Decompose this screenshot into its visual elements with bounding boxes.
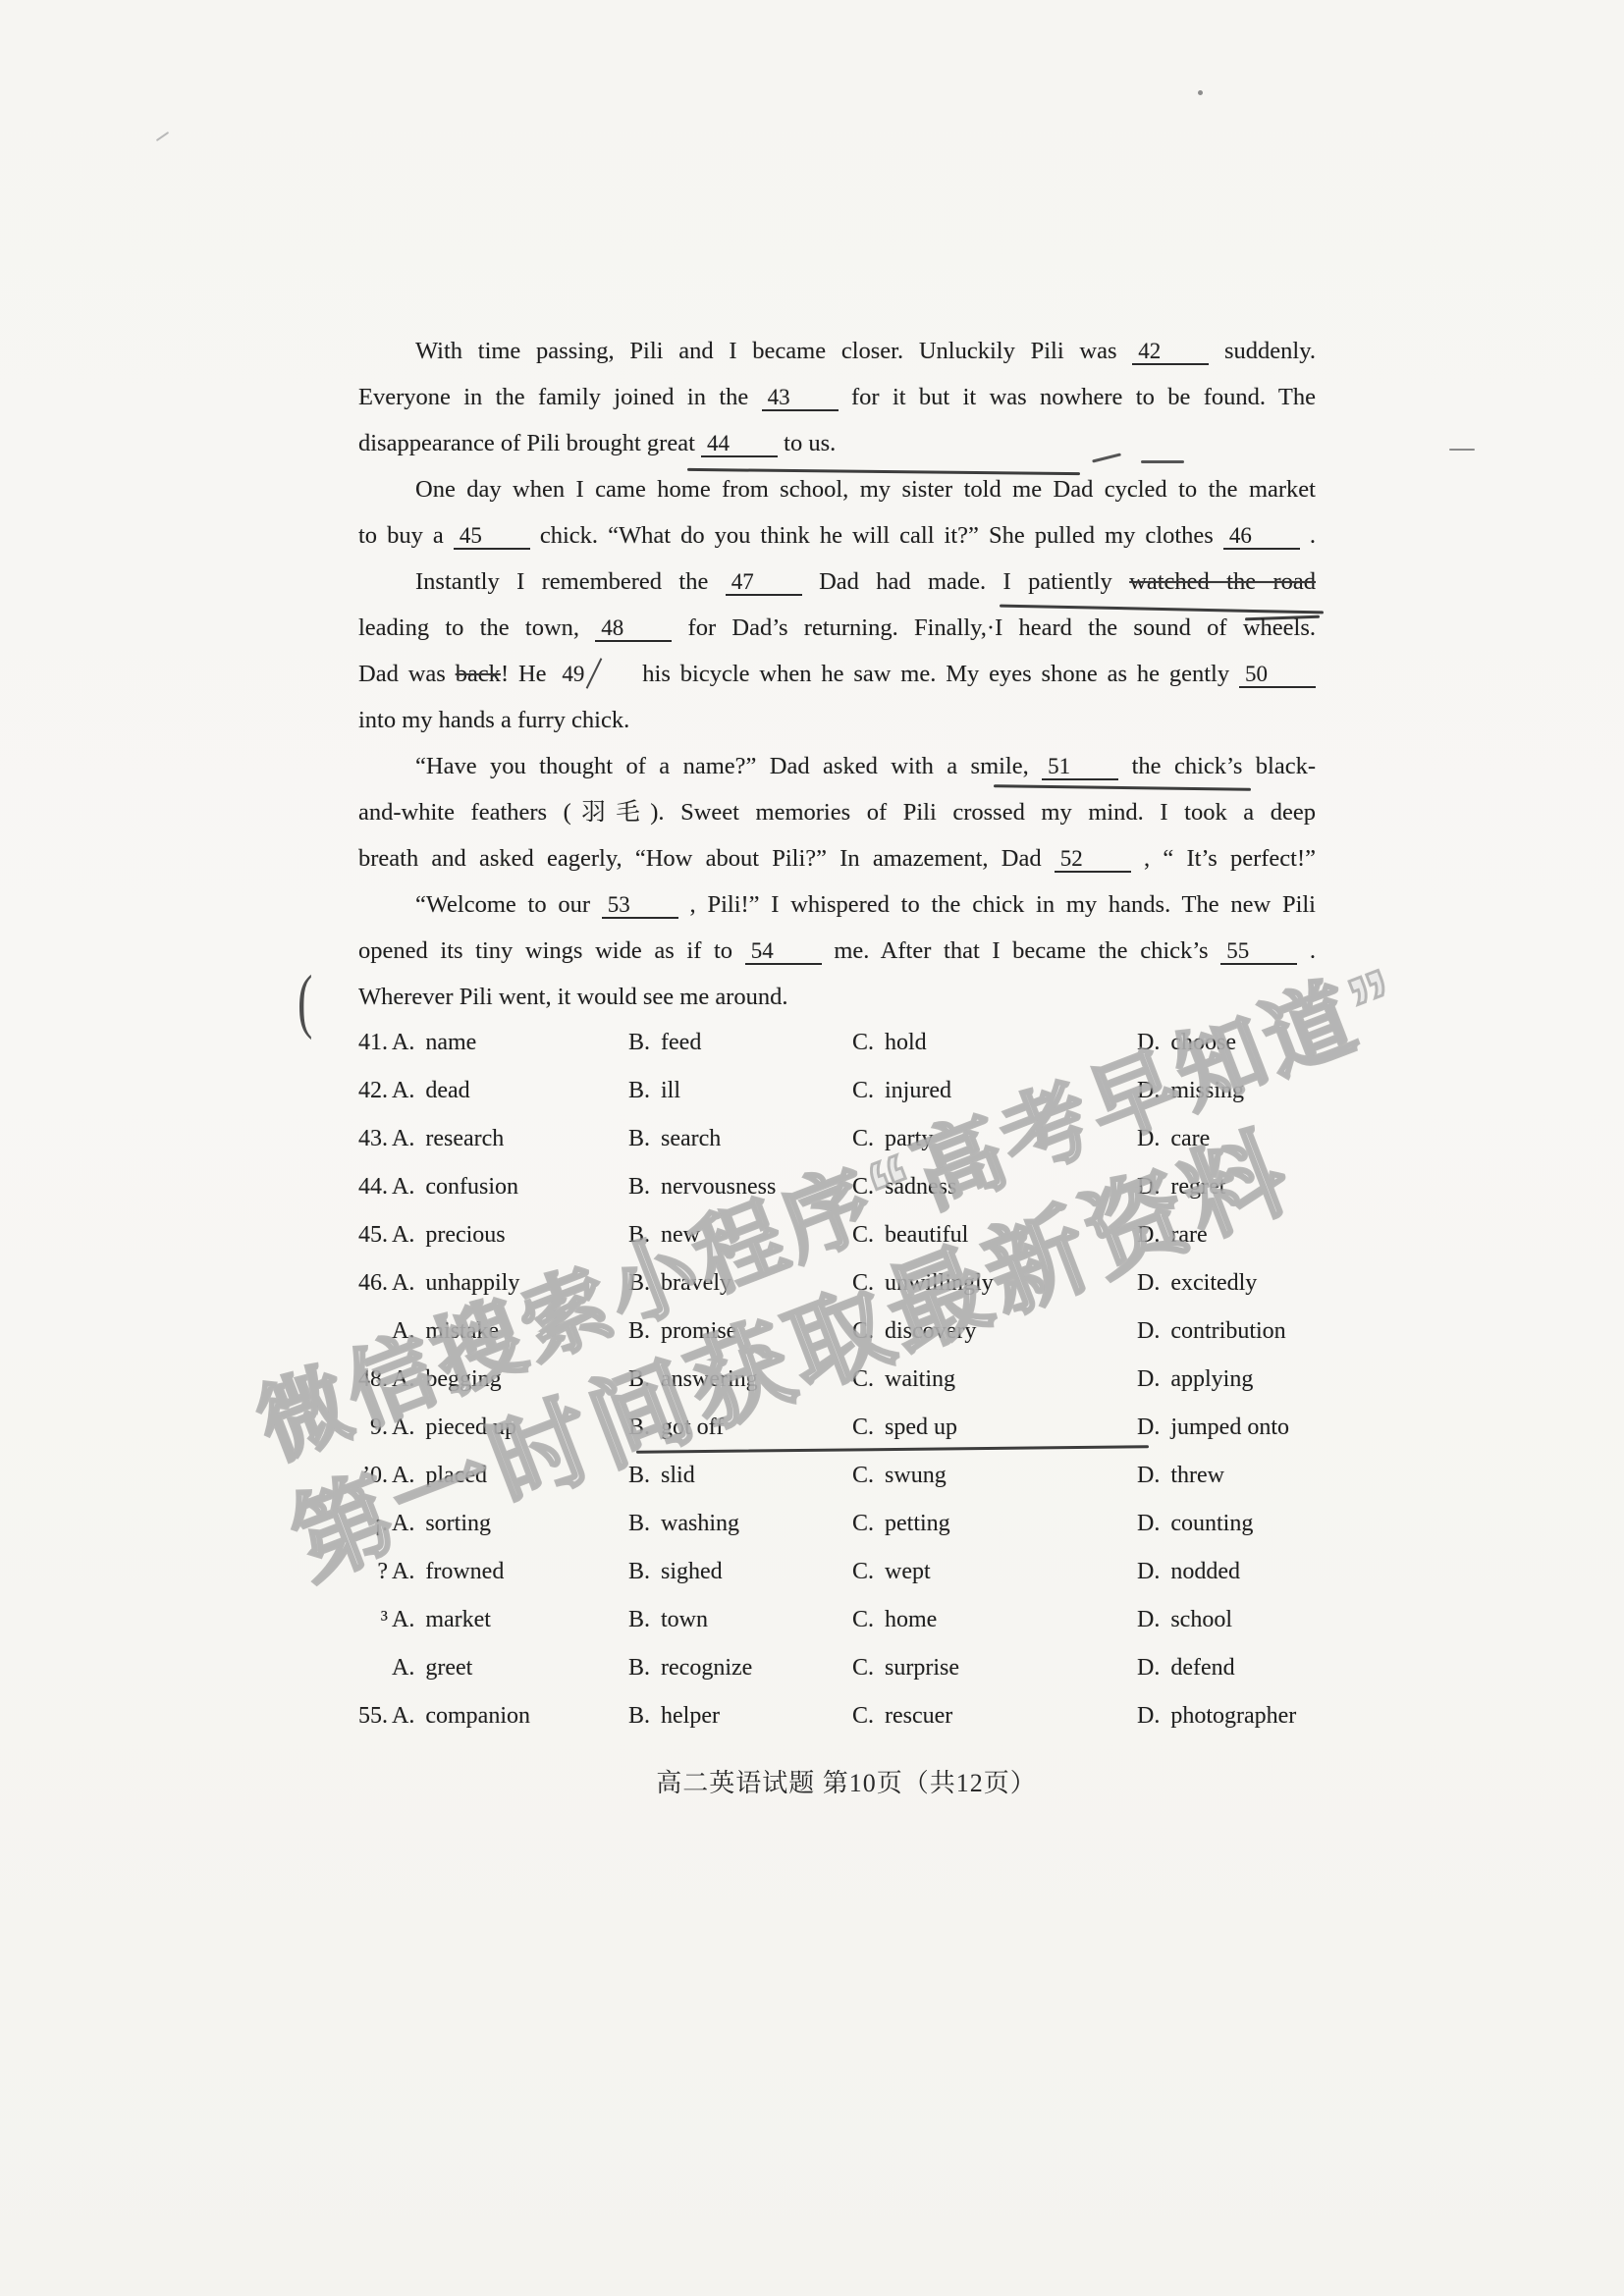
option-46-D: D.excitedly <box>1137 1259 1257 1308</box>
passage-text: the chick’s black- <box>1118 753 1316 779</box>
cloze-blank-54: 54 <box>745 938 822 965</box>
option-letter: D. <box>1137 1500 1160 1548</box>
option-word: party <box>885 1126 933 1151</box>
option-41-B: B.feed <box>628 1019 701 1067</box>
option-word: nervousness <box>661 1174 776 1200</box>
question-number-44: 44. <box>311 1163 388 1211</box>
option-word: rescuer <box>885 1703 952 1729</box>
option-41-A: A.name <box>392 1019 476 1067</box>
option-letter: D. <box>1137 1404 1160 1452</box>
question-number-46: 46. <box>311 1259 388 1308</box>
passage-line-1: With time passing, Pili and I became clo… <box>358 328 1316 374</box>
option-letter: B. <box>628 1644 650 1692</box>
option-letter: C. <box>852 1308 874 1356</box>
option-word: sped up <box>885 1415 957 1440</box>
passage-text: leading to the town, <box>358 614 595 641</box>
option-word: mistake <box>425 1318 499 1344</box>
question-number-52: ? <box>311 1548 388 1596</box>
option-44-C: C.sadness <box>852 1163 956 1211</box>
option-row-55: 55.A.companionB.helperC.rescuerD.photogr… <box>311 1692 1372 1740</box>
option-letter: B. <box>628 1308 650 1356</box>
option-52-A: A.frowned <box>392 1548 504 1596</box>
question-number-42: 42. <box>311 1067 388 1115</box>
option-41-C: C.hold <box>852 1019 927 1067</box>
option-word: research <box>425 1126 504 1151</box>
option-letter: B. <box>628 1067 650 1115</box>
option-word: jumped onto <box>1170 1415 1289 1440</box>
margin-dash-artifact <box>1449 449 1475 451</box>
page-footer: 高二英语试题 第10页（共12页） <box>586 1763 1107 1799</box>
option-word: wept <box>885 1559 931 1584</box>
cloze-blank-46: 46 <box>1223 523 1300 550</box>
option-word: surprise <box>885 1655 959 1681</box>
option-word: injured <box>885 1078 951 1103</box>
option-letter: A. <box>392 1596 414 1644</box>
option-word: answering <box>661 1366 758 1392</box>
option-49-A: A.pieced up <box>392 1404 516 1452</box>
option-word: dead <box>425 1078 469 1103</box>
option-letter: C. <box>852 1692 874 1740</box>
option-letter: B. <box>628 1163 650 1211</box>
option-letter: D. <box>1137 1548 1160 1596</box>
option-letter: D. <box>1137 1308 1160 1356</box>
option-row-42: 42.A.deadB.illC.injuredD.missing <box>311 1067 1372 1115</box>
option-word: school <box>1170 1607 1232 1632</box>
option-word: bravely <box>661 1270 731 1296</box>
cloze-blank-48: 48 <box>595 615 672 642</box>
cloze-blank-51: 51 <box>1042 754 1118 780</box>
option-row-47: A.mistakeB.promiseC.discoveryD.contribut… <box>311 1308 1372 1356</box>
option-letter: D. <box>1137 1211 1160 1259</box>
passage-line-7: leading to the town, 48 for Dad’s return… <box>358 605 1316 651</box>
passage-text: watched the road <box>1129 568 1316 595</box>
option-letter: B. <box>628 1115 650 1163</box>
option-52-D: D.nodded <box>1137 1548 1240 1596</box>
option-letter: C. <box>852 1259 874 1308</box>
option-row-43: 43.A.researchB.searchC.partyD.care <box>311 1115 1372 1163</box>
passage-line-8: Dad was back! He 49 his bicycle when he … <box>358 651 1316 697</box>
passage-text: and-white feathers (羽毛). Sweet memories … <box>358 799 1316 826</box>
option-49-B: B.got off <box>628 1404 724 1452</box>
option-45-B: B.new <box>628 1211 700 1259</box>
option-letter: C. <box>852 1596 874 1644</box>
passage-text: . <box>1300 522 1316 549</box>
option-48-A: A.begging <box>392 1356 502 1404</box>
option-50-B: B.slid <box>628 1452 695 1500</box>
option-55-B: B.helper <box>628 1692 720 1740</box>
cloze-blank-53: 53 <box>602 892 678 919</box>
option-word: defend <box>1170 1655 1234 1681</box>
option-letter: B. <box>628 1404 650 1452</box>
cloze-blank-43: 43 <box>762 385 839 411</box>
option-letter: A. <box>392 1067 414 1115</box>
option-50-A: A.placed <box>392 1452 487 1500</box>
cloze-blank-42: 42 <box>1132 339 1209 365</box>
option-41-D: D.choose <box>1137 1019 1236 1067</box>
option-47-B: B.promise <box>628 1308 736 1356</box>
option-49-D: D.jumped onto <box>1137 1404 1289 1452</box>
option-word: companion <box>425 1703 530 1729</box>
passage-line-13: “Welcome to our 53 , Pili!” I whispered … <box>358 881 1316 928</box>
option-word: recognize <box>661 1655 752 1681</box>
passage-text: With time passing, Pili and I became clo… <box>415 338 1132 364</box>
option-47-A: A.mistake <box>392 1308 499 1356</box>
option-letter: B. <box>628 1596 650 1644</box>
option-45-C: C.beautiful <box>852 1211 968 1259</box>
passage-text: for Dad’s returning. Finally,·I heard th… <box>672 614 1316 641</box>
option-54-A: A.greet <box>392 1644 472 1692</box>
option-53-C: C.home <box>852 1596 937 1644</box>
passage-text: “Welcome to our <box>415 891 602 918</box>
option-letter: A. <box>392 1452 414 1500</box>
passage-text: Instantly I remembered the <box>415 568 726 595</box>
option-row-54: A.greetB.recognizeC.surpriseD.defend <box>311 1644 1372 1692</box>
option-letter: A. <box>392 1356 414 1404</box>
option-43-A: A.research <box>392 1115 504 1163</box>
cloze-blank-45: 45 <box>454 523 530 550</box>
options-table: 41.A.nameB.feedC.holdD.choose42.A.deadB.… <box>311 1019 1372 1740</box>
option-word: missing <box>1170 1078 1244 1103</box>
cloze-blank-52: 52 <box>1055 846 1131 873</box>
passage-text: opened its tiny wings wide as if to <box>358 937 745 964</box>
cloze-blank-49: 49 <box>556 662 632 686</box>
option-letter: C. <box>852 1019 874 1067</box>
option-word: town <box>661 1607 708 1632</box>
option-54-C: C.surprise <box>852 1644 959 1692</box>
option-51-C: C.petting <box>852 1500 950 1548</box>
option-letter: A. <box>392 1115 414 1163</box>
option-letter: A. <box>392 1404 414 1452</box>
option-51-D: D.counting <box>1137 1500 1253 1548</box>
option-row-41: 41.A.nameB.feedC.holdD.choose <box>311 1019 1372 1067</box>
option-letter: B. <box>628 1500 650 1548</box>
option-word: ill <box>661 1078 680 1103</box>
passage-text: Wherever Pili went, it would see me arou… <box>358 984 787 1010</box>
option-word: unwillingly <box>885 1270 994 1296</box>
option-word: nodded <box>1170 1559 1240 1584</box>
passage-text: , “ It’s perfect!” <box>1131 845 1316 872</box>
option-word: got off <box>661 1415 724 1440</box>
option-letter: B. <box>628 1548 650 1596</box>
option-43-C: C.party <box>852 1115 933 1163</box>
option-letter: D. <box>1137 1356 1160 1404</box>
passage-text: to buy a <box>358 522 454 549</box>
option-letter: C. <box>852 1067 874 1115</box>
option-48-B: B.answering <box>628 1356 758 1404</box>
option-letter: A. <box>392 1644 414 1692</box>
option-word: placed <box>425 1463 487 1488</box>
option-word: sorting <box>425 1511 491 1536</box>
passage-line-9: into my hands a furry chick. <box>358 697 1316 743</box>
passage-text: Everyone in the family joined in the <box>358 384 762 410</box>
option-word: pieced up <box>425 1415 516 1440</box>
scan-tick-artifact <box>156 132 169 141</box>
option-word: frowned <box>425 1559 504 1584</box>
passage-text: his bicycle when he saw me. My eyes shon… <box>632 661 1239 687</box>
option-45-D: D.rare <box>1137 1211 1208 1259</box>
option-letter: D. <box>1137 1067 1160 1115</box>
option-word: sadness <box>885 1174 956 1200</box>
option-51-A: A.sorting <box>392 1500 491 1548</box>
passage-text: me. After that I became the chick’s <box>822 937 1221 964</box>
option-letter: C. <box>852 1115 874 1163</box>
option-word: feed <box>661 1030 701 1055</box>
option-46-A: A.unhappily <box>392 1259 519 1308</box>
exam-page: ( With time passing, Pili and I became c… <box>0 0 1624 2296</box>
question-number-50: ’0. <box>311 1452 388 1500</box>
option-word: photographer <box>1170 1703 1296 1729</box>
option-letter: C. <box>852 1211 874 1259</box>
option-letter: D. <box>1137 1452 1160 1500</box>
option-word: petting <box>885 1511 950 1536</box>
question-number-48: 48. <box>311 1356 388 1404</box>
option-44-B: B.nervousness <box>628 1163 776 1211</box>
option-word: greet <box>425 1655 472 1681</box>
option-letter: A. <box>392 1548 414 1596</box>
option-word: precious <box>425 1222 505 1248</box>
option-word: hold <box>885 1030 927 1055</box>
question-number-41: 41. <box>311 1019 388 1067</box>
option-letter: B. <box>628 1211 650 1259</box>
option-44-D: D.regret <box>1137 1163 1225 1211</box>
option-letter: A. <box>392 1692 414 1740</box>
option-49-C: C.sped up <box>852 1404 957 1452</box>
option-52-C: C.wept <box>852 1548 931 1596</box>
option-letter: D. <box>1137 1644 1160 1692</box>
option-45-A: A.precious <box>392 1211 506 1259</box>
option-letter: C. <box>852 1404 874 1452</box>
option-word: threw <box>1170 1463 1224 1488</box>
option-row-52: ?A.frownedB.sighedC.weptD.nodded <box>311 1548 1372 1596</box>
option-55-A: A.companion <box>392 1692 530 1740</box>
option-54-B: B.recognize <box>628 1644 752 1692</box>
option-row-44: 44.A.confusionB.nervousnessC.sadnessD.re… <box>311 1163 1372 1211</box>
question-number-49: 9. <box>311 1404 388 1452</box>
option-letter: D. <box>1137 1692 1160 1740</box>
option-row-45: 45.A.preciousB.newC.beautifulD.rare <box>311 1211 1372 1259</box>
passage-line-6: Instantly I remembered the 47 Dad had ma… <box>358 559 1316 605</box>
option-word: helper <box>661 1703 720 1729</box>
option-word: rare <box>1170 1222 1207 1248</box>
option-53-D: D.school <box>1137 1596 1232 1644</box>
option-42-B: B.ill <box>628 1067 680 1115</box>
option-letter: D. <box>1137 1259 1160 1308</box>
passage-text: Dad had made. I patiently <box>802 568 1129 595</box>
option-word: begging <box>425 1366 501 1392</box>
option-word: care <box>1170 1126 1210 1151</box>
option-50-D: D.threw <box>1137 1452 1224 1500</box>
passage-text: One day when I came home from school, my… <box>415 476 1316 503</box>
passage-text: chick. “What do you think he will call i… <box>530 522 1223 549</box>
option-word: washing <box>661 1511 739 1536</box>
passage-text: ! He <box>501 661 556 687</box>
option-letter: A. <box>392 1259 414 1308</box>
option-47-D: D.contribution <box>1137 1308 1286 1356</box>
option-letter: B. <box>628 1356 650 1404</box>
option-row-51: ¡.A.sortingB.washingC.pettingD.counting <box>311 1500 1372 1548</box>
question-number-53: ³ <box>311 1596 388 1644</box>
option-word: applying <box>1170 1366 1253 1392</box>
option-letter: A. <box>392 1308 414 1356</box>
option-47-C: C.discovery <box>852 1308 976 1356</box>
option-row-49: 9.A.pieced upB.got offC.sped upD.jumped … <box>311 1404 1372 1452</box>
option-50-C: C.swung <box>852 1452 947 1500</box>
passage-text: into my hands a furry chick. <box>358 707 629 733</box>
option-43-D: D.care <box>1137 1115 1210 1163</box>
option-letter: D. <box>1137 1019 1160 1067</box>
option-55-D: D.photographer <box>1137 1692 1296 1740</box>
question-number-43: 43. <box>311 1115 388 1163</box>
passage-line-4: One day when I came home from school, my… <box>358 466 1316 512</box>
option-letter: B. <box>628 1452 650 1500</box>
option-word: counting <box>1170 1511 1253 1536</box>
option-word: home <box>885 1607 937 1632</box>
option-row-50: ’0.A.placedB.slidC.swungD.threw <box>311 1452 1372 1500</box>
passage-line-10: “Have you thought of a name?” Dad asked … <box>358 743 1316 789</box>
option-letter: A. <box>392 1163 414 1211</box>
question-number-55: 55. <box>311 1692 388 1740</box>
passage-line-14: opened its tiny wings wide as if to 54 m… <box>358 928 1316 974</box>
option-row-46: 46.A.unhappilyB.bravelyC.unwillinglyD.ex… <box>311 1259 1372 1308</box>
option-word: swung <box>885 1463 947 1488</box>
option-52-B: B.sighed <box>628 1548 723 1596</box>
option-letter: C. <box>852 1452 874 1500</box>
option-word: waiting <box>885 1366 955 1392</box>
option-letter: C. <box>852 1500 874 1548</box>
passage-line-15: Wherever Pili went, it would see me arou… <box>358 974 1316 1020</box>
passage-line-11: and-white feathers (羽毛). Sweet memories … <box>358 789 1316 835</box>
passage-text: , Pili!” I whispered to the chick in my … <box>678 891 1316 918</box>
option-word: slid <box>661 1463 695 1488</box>
passage-text: to us. <box>778 430 836 456</box>
cloze-blank-47: 47 <box>726 569 802 596</box>
option-letter: A. <box>392 1500 414 1548</box>
option-row-53: ³A.marketB.townC.homeD.school <box>311 1596 1372 1644</box>
option-letter: B. <box>628 1019 650 1067</box>
option-letter: A. <box>392 1019 414 1067</box>
passage-text: . <box>1297 937 1316 964</box>
option-46-B: B.bravely <box>628 1259 731 1308</box>
option-letter: D. <box>1137 1115 1160 1163</box>
cloze-passage: With time passing, Pili and I became clo… <box>358 328 1316 1020</box>
option-44-A: A.confusion <box>392 1163 518 1211</box>
option-55-C: C.rescuer <box>852 1692 952 1740</box>
option-word: new <box>661 1222 700 1248</box>
passage-text: “Have you thought of a name?” Dad asked … <box>415 753 1042 779</box>
option-letter: D. <box>1137 1163 1160 1211</box>
option-letter: B. <box>628 1692 650 1740</box>
option-word: beautiful <box>885 1222 968 1248</box>
option-word: sighed <box>661 1559 723 1584</box>
option-word: discovery <box>885 1318 976 1344</box>
passage-text: disappearance of Pili brought great <box>358 430 701 456</box>
cloze-blank-55: 55 <box>1220 938 1297 965</box>
option-word: contribution <box>1170 1318 1285 1344</box>
passage-line-2: Everyone in the family joined in the 43 … <box>358 374 1316 420</box>
option-42-D: D.missing <box>1137 1067 1244 1115</box>
option-53-A: A.market <box>392 1596 491 1644</box>
option-word: promise <box>661 1318 736 1344</box>
option-54-D: D.defend <box>1137 1644 1235 1692</box>
passage-text: breath and asked eagerly, “How about Pil… <box>358 845 1055 872</box>
option-word: search <box>661 1126 721 1151</box>
option-row-48: 48.A.beggingB.answeringC.waitingD.applyi… <box>311 1356 1372 1404</box>
scan-dot-artifact <box>1198 90 1203 95</box>
passage-text: back <box>456 661 501 687</box>
option-word: choose <box>1170 1030 1236 1055</box>
option-letter: D. <box>1137 1596 1160 1644</box>
option-word: confusion <box>425 1174 518 1200</box>
passage-text: for it but it was nowhere to be found. T… <box>839 384 1316 410</box>
option-48-C: C.waiting <box>852 1356 955 1404</box>
option-53-B: B.town <box>628 1596 708 1644</box>
passage-line-12: breath and asked eagerly, “How about Pil… <box>358 835 1316 881</box>
option-letter: C. <box>852 1163 874 1211</box>
option-46-C: C.unwillingly <box>852 1259 994 1308</box>
option-51-B: B.washing <box>628 1500 739 1548</box>
passage-text: suddenly. <box>1209 338 1316 364</box>
option-word: regret <box>1170 1174 1225 1200</box>
option-letter: C. <box>852 1548 874 1596</box>
option-word: unhappily <box>425 1270 519 1296</box>
option-letter: A. <box>392 1211 414 1259</box>
option-word: market <box>425 1607 491 1632</box>
passage-line-5: to buy a 45 chick. “What do you think he… <box>358 512 1316 559</box>
option-letter: C. <box>852 1356 874 1404</box>
option-word: name <box>425 1030 476 1055</box>
option-word: excitedly <box>1170 1270 1257 1296</box>
question-number-45: 45. <box>311 1211 388 1259</box>
cloze-blank-50: 50 <box>1239 662 1316 688</box>
option-letter: B. <box>628 1259 650 1308</box>
cloze-blank-44: 44 <box>701 431 778 457</box>
question-number-51: ¡. <box>311 1500 388 1548</box>
option-48-D: D.applying <box>1137 1356 1253 1404</box>
option-43-B: B.search <box>628 1115 721 1163</box>
option-letter: C. <box>852 1644 874 1692</box>
passage-line-3: disappearance of Pili brought great 44 t… <box>358 420 1316 466</box>
option-42-C: C.injured <box>852 1067 951 1115</box>
passage-text: Dad was <box>358 661 456 687</box>
option-42-A: A.dead <box>392 1067 470 1115</box>
